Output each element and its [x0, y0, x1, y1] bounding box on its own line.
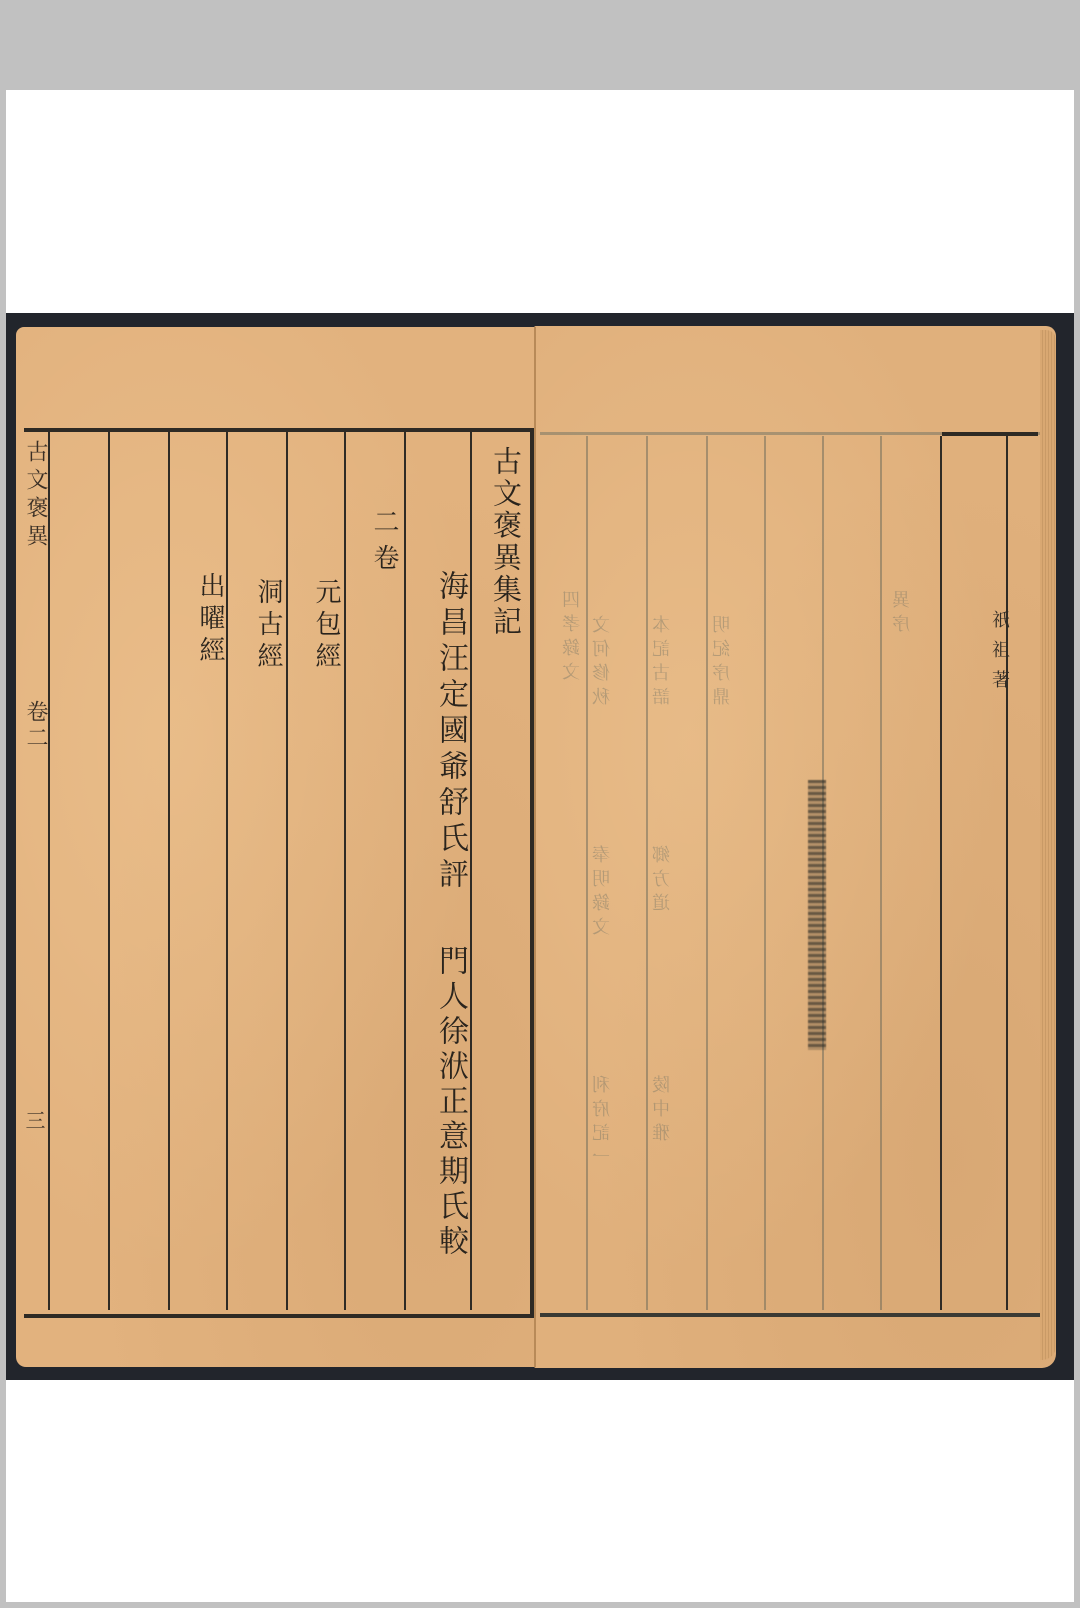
column-rule	[880, 436, 882, 1310]
bleed-through-text: 陵中雅	[650, 1075, 676, 1147]
author-line: 海昌汪定國爺舒氏評	[428, 570, 472, 894]
margin-page-number: 三	[20, 1110, 49, 1134]
column-rule	[108, 432, 110, 1310]
bleed-through-text: 本記古語	[650, 615, 676, 711]
bleed-through-text: 文何修秋	[590, 615, 616, 711]
bleed-through-text: 利府記一	[590, 1075, 616, 1171]
bleed-through-text: 鄉方道	[650, 845, 676, 917]
column-rule	[646, 436, 648, 1310]
column-rule	[764, 436, 766, 1310]
column-rule	[586, 436, 588, 1310]
column-rule	[168, 432, 170, 1310]
column-rule	[344, 432, 346, 1310]
book-title: 古文褒異集記	[486, 446, 527, 638]
ink-smudge	[808, 780, 826, 1050]
bleed-through-text: 四孝錄文	[560, 590, 586, 686]
book-gutter	[534, 327, 536, 1367]
proofreader-line: 門人徐洑正意期氏較	[428, 945, 472, 1260]
volume-label: 二卷	[366, 508, 403, 580]
bleed-through-text: 明紀序鼎	[710, 615, 736, 711]
margin-volume: 卷二	[20, 700, 51, 752]
contents-item: 出曜經	[192, 572, 229, 668]
contents-item: 洞古經	[250, 578, 287, 674]
column-rule	[706, 436, 708, 1310]
bleed-through-text: 奉明錄文	[590, 845, 616, 941]
page-stack-edge	[1040, 330, 1056, 1360]
right-author-note: 祇祖著	[986, 610, 1012, 700]
bleed-through-text: 異序	[890, 590, 916, 638]
right-frame-top-rule	[942, 432, 1038, 436]
column-rule	[226, 432, 228, 1310]
margin-title: 古文褒異	[20, 440, 51, 552]
column-rule	[940, 436, 942, 1310]
column-rule	[286, 432, 288, 1310]
contents-item: 元包經	[308, 578, 345, 674]
column-rule	[1006, 436, 1008, 1310]
column-rule	[404, 432, 406, 1310]
column-rule	[48, 432, 50, 1310]
